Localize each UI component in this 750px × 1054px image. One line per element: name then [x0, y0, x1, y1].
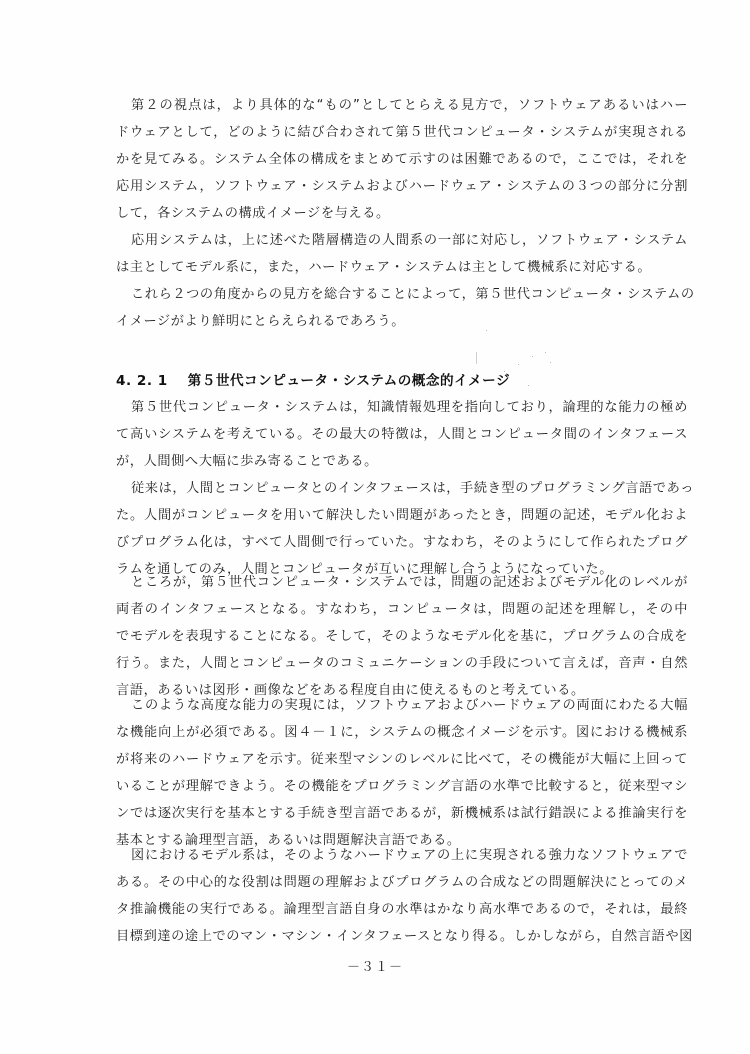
scan-speck	[532, 356, 533, 357]
sec-p3-line-1: ところが，第５世代コンピュータ・システムでは，問題の記述およびモデル化のレベルが	[131, 573, 688, 593]
sec-p1-line-1: 第５世代コンピュータ・システムは，知識情報処理を指向しており，論理的な能力の極め	[131, 398, 688, 418]
sec-p5-line-3: タ推論機能の実行である。論理型言語自身の水準はかなり高水準であるので，それは，最…	[116, 900, 688, 920]
intro-p1-line-1: 第２の視点は，より具体的な“もの”としてとらえる見方で，ソフトウェアあるいはハー	[131, 96, 688, 116]
section-number: 4. 2. 1	[116, 373, 168, 389]
sec-p4-line-5: ンでは逐次実行を基本とする手続き型言語であるが，新機械系は試行錯誤による推論実行…	[116, 804, 688, 824]
sec-p5-line-1: 図におけるモデル系は，そのようなハードウェアの上に実現される強力なソフトウェアで	[131, 846, 688, 866]
sec-p4-line-2: な機能向上が必須である。図４－１に，システムの概念イメージを示す。図における機械…	[116, 723, 688, 743]
scan-speck	[528, 385, 529, 386]
intro-p2-line-1: 応用システムは，上に述べた階層構造の人間系の一部に対応し，ソフトウェア・システム	[131, 231, 688, 251]
intro-p1-line-4: 応用システム，ソフトウェア・システムおよびハードウェア・システムの３つの部分に分…	[116, 177, 688, 197]
document-page: 第２の視点は，より具体的な“もの”としてとらえる見方で，ソフトウェアあるいはハー…	[0, 0, 750, 1054]
sec-p3-line-4: 行う。また，人間とコンピュータのコミュニケーションの手段について言えば，音声・自…	[116, 654, 688, 674]
sec-p4-line-4: いることが理解できよう。その機能をプログラミング言語の水準で比較すると，従来型マ…	[116, 777, 688, 797]
scan-speck	[545, 352, 546, 353]
sec-p2-line-3: びプログラム化は，すべて人間側で行っていた。すなわち，そのようにして作られたプロ…	[116, 533, 688, 553]
intro-p1-line-3: かを見てみる。システム全体の構成をまとめて示すのは困難であるので，ここでは，それ…	[116, 150, 688, 170]
sec-p2-line-1: 従来は，人間とコンピュータとのインタフェースは，手続き型のプログラミング言語であ…	[131, 479, 688, 499]
intro-p1-line-5: して，各システムの構成イメージを与える。	[116, 204, 688, 224]
sec-p3-line-2: 両者のインタフェースとなる。すなわち，コンピュータは，問題の記述を理解し，その中	[116, 600, 688, 620]
section-title: 第５世代コンピュータ・システムの概念的イメージ	[188, 373, 510, 389]
sec-p3-line-3: でモデルを表現することになる。そして，そのようなモデル化を基に，プログラムの合成…	[116, 627, 688, 647]
scan-speck	[486, 330, 487, 331]
intro-p2-line-2: は主としてモデル系に，また，ハードウェア・システムは主として機械系に対応する。	[116, 258, 688, 278]
sec-p4-line-1: このような高度な能力の実現には，ソフトウェアおよびハードウェアの両面にわたる大幅	[131, 696, 688, 716]
sec-p5-line-2: ある。その中心的な役割は問題の理解およびプログラムの合成などの問題解決にとっての…	[116, 873, 688, 893]
sec-p1-line-3: が，人間側へ大幅に歩み寄ることである。	[116, 452, 688, 472]
sec-p2-line-2: た。人間がコンピュータを用いて解決したい問題があったとき，問題の記述，モデル化お…	[116, 506, 688, 526]
page-number: －３１－	[0, 956, 750, 975]
scan-speck	[518, 364, 519, 365]
scan-speck	[550, 362, 551, 363]
sec-p4-line-3: が将来のハードウェアを示す。従来型マシンのレベルに比べて，その機能が大幅に上回っ…	[116, 750, 688, 770]
intro-p3-line-1: これら２つの角度からの見方を総合することによって，第５世代コンピュータ・システム…	[131, 285, 688, 305]
scan-speck	[476, 352, 477, 364]
sec-p1-line-2: て高いシステムを考えている。その最大の特徴は，人間とコンピュータ間のインタフェー…	[116, 425, 688, 445]
section-heading: 4. 2. 1第５世代コンピュータ・システムの概念的イメージ	[116, 370, 510, 392]
intro-p1-line-2: ドウェアとして，どのように結び合わされて第５世代コンピュータ・システムが実現され…	[116, 123, 688, 143]
sec-p5-line-4: 目標到達の途上でのマン・マシン・インタフェースとなり得る。しかしながら，自然言語…	[116, 927, 688, 947]
intro-p3-line-2: イメージがより鮮明にとらえられるであろう。	[116, 312, 688, 332]
